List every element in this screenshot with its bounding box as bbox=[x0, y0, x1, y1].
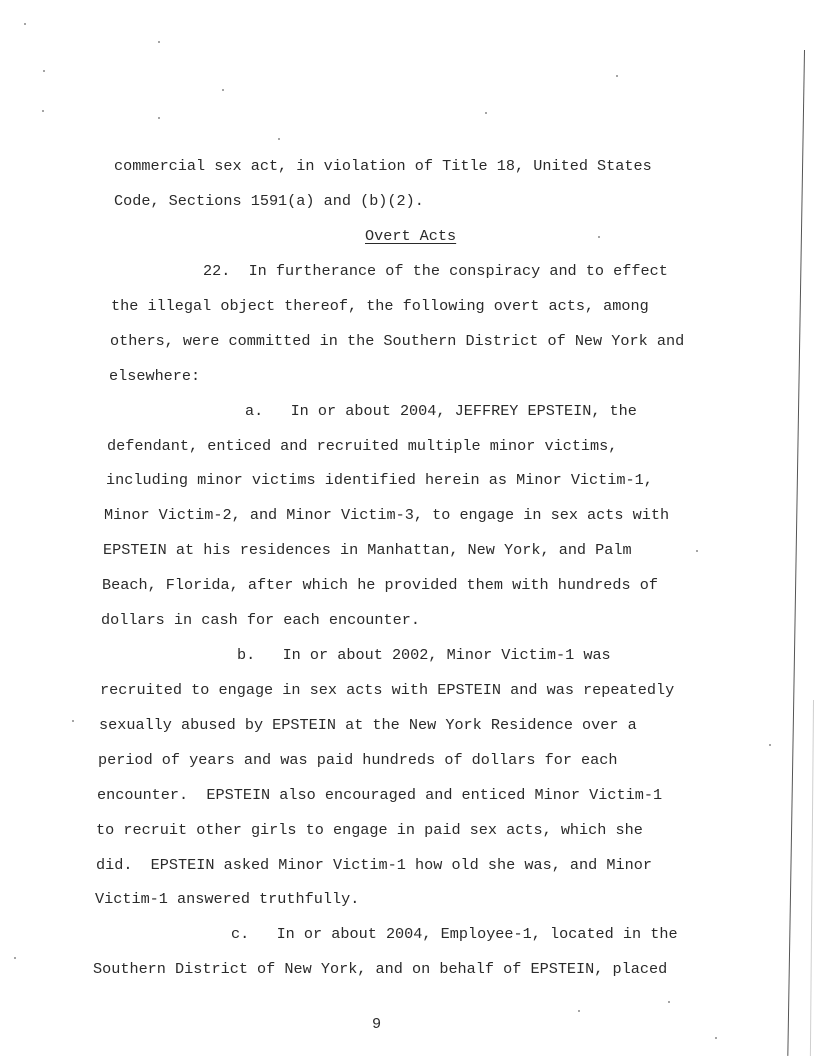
body-line: period of years and was paid hundreds of… bbox=[98, 751, 618, 769]
body-line: including minor victims identified herei… bbox=[106, 471, 653, 489]
body-line: to recruit other girls to engage in paid… bbox=[96, 821, 643, 839]
scan-speck bbox=[769, 744, 771, 746]
body-line: defendant, enticed and recruited multipl… bbox=[107, 437, 617, 455]
scan-speck bbox=[668, 1001, 670, 1003]
scan-speck bbox=[43, 70, 45, 72]
body-line: recruited to engage in sex acts with EPS… bbox=[100, 681, 674, 699]
scan-edge-line-faint bbox=[810, 700, 814, 1056]
body-line: EPSTEIN at his residences in Manhattan, … bbox=[103, 541, 632, 559]
scan-speck bbox=[696, 550, 698, 552]
scan-speck bbox=[578, 1010, 580, 1012]
scan-speck bbox=[158, 41, 160, 43]
scan-speck bbox=[715, 1037, 717, 1039]
scan-speck bbox=[14, 957, 16, 959]
page-number: 9 bbox=[372, 1015, 381, 1033]
scan-speck bbox=[616, 75, 618, 77]
scan-speck bbox=[278, 138, 280, 140]
body-line: Beach, Florida, after which he provided … bbox=[102, 576, 658, 594]
scan-speck bbox=[158, 117, 160, 119]
section-heading-overt-acts: Overt Acts bbox=[365, 227, 456, 245]
scan-speck bbox=[485, 112, 487, 114]
body-line: encounter. EPSTEIN also encouraged and e… bbox=[97, 786, 662, 804]
body-line: dollars in cash for each encounter. bbox=[101, 611, 420, 629]
body-line: others, were committed in the Southern D… bbox=[110, 332, 684, 350]
subparagraph-c-line: c. In or about 2004, Employee-1, located… bbox=[231, 925, 678, 943]
subparagraph-a-line: a. In or about 2004, JEFFREY EPSTEIN, th… bbox=[245, 402, 637, 420]
body-line: did. EPSTEIN asked Minor Victim-1 how ol… bbox=[96, 856, 652, 874]
scan-edge-line bbox=[787, 50, 805, 1056]
paragraph-22-line: 22. In furtherance of the conspiracy and… bbox=[203, 262, 668, 280]
body-line: elsewhere: bbox=[109, 367, 200, 385]
body-line: commercial sex act, in violation of Titl… bbox=[114, 157, 652, 175]
scan-speck bbox=[598, 236, 600, 238]
document-page: commercial sex act, in violation of Titl… bbox=[0, 0, 817, 1056]
body-line: Minor Victim-2, and Minor Victim-3, to e… bbox=[104, 506, 669, 524]
scan-speck bbox=[222, 89, 224, 91]
subparagraph-b-line: b. In or about 2002, Minor Victim-1 was bbox=[237, 646, 611, 664]
body-line: Southern District of New York, and on be… bbox=[93, 960, 667, 978]
body-line: Victim-1 answered truthfully. bbox=[95, 890, 359, 908]
body-line: sexually abused by EPSTEIN at the New Yo… bbox=[99, 716, 637, 734]
scan-speck bbox=[72, 720, 74, 722]
scan-speck bbox=[24, 23, 26, 25]
body-line: Code, Sections 1591(a) and (b)(2). bbox=[114, 192, 424, 210]
body-line: the illegal object thereof, the followin… bbox=[111, 297, 649, 315]
scan-speck bbox=[42, 110, 44, 112]
